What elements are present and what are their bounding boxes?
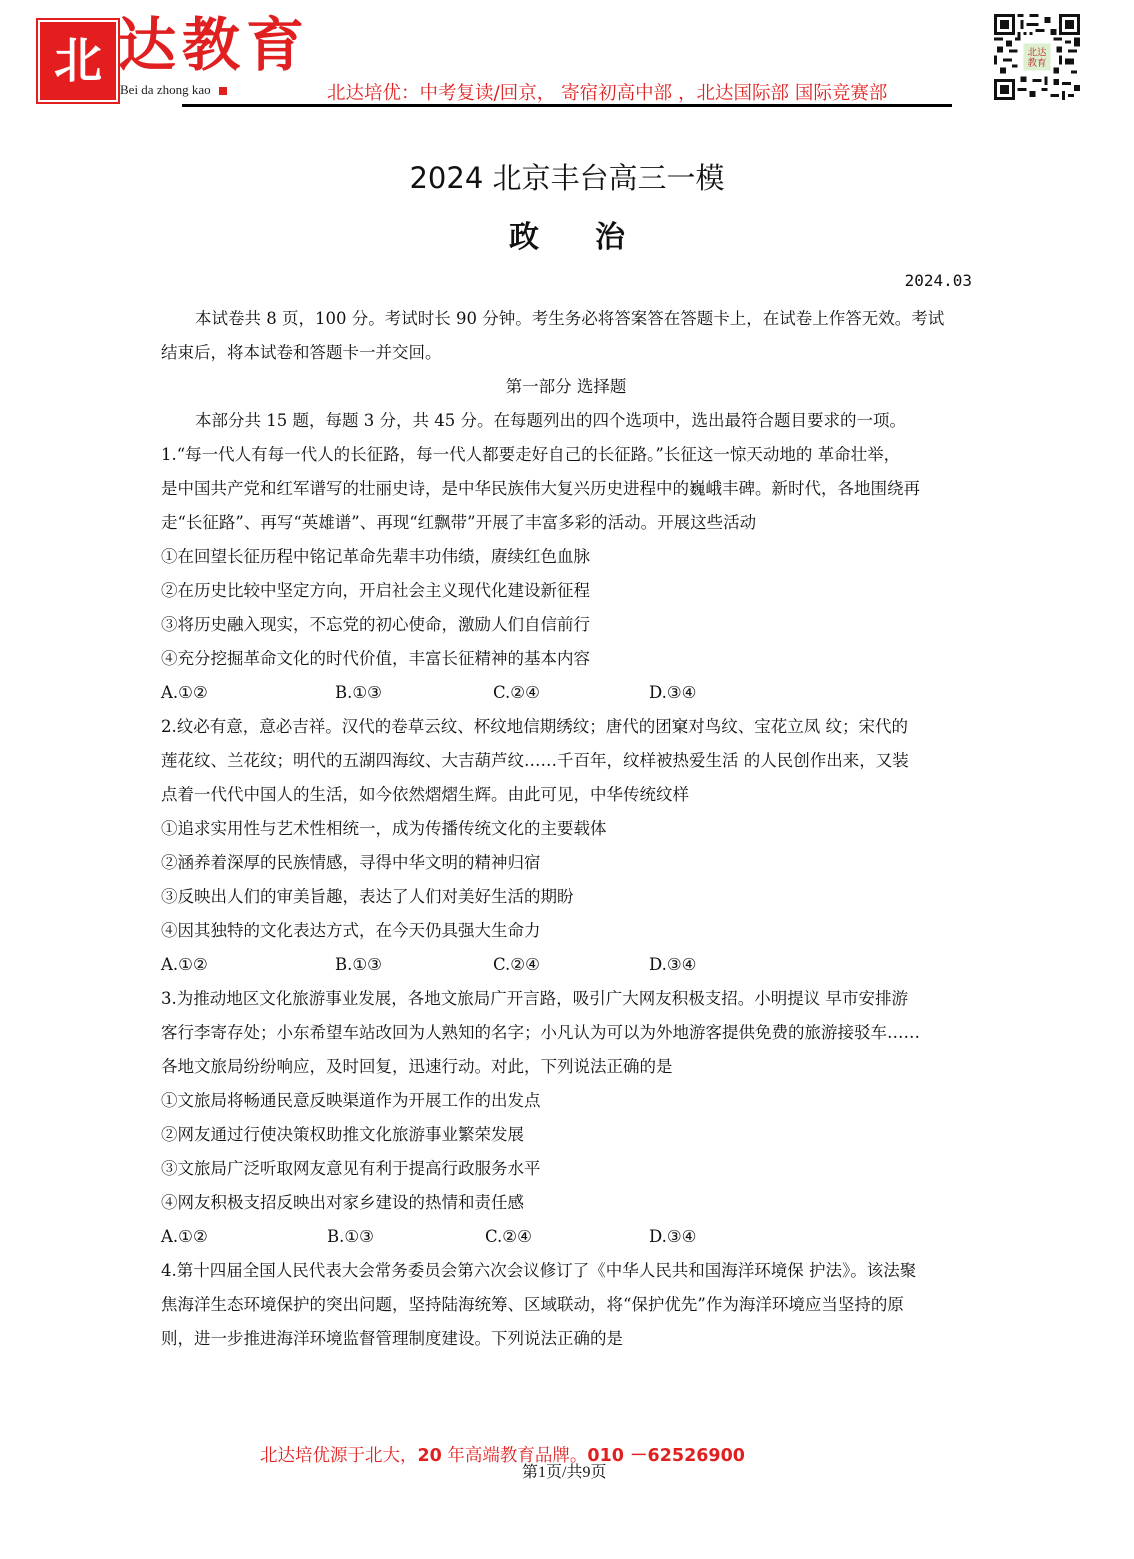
statement-2: ②网友通过行使决策权助推文化旅游事业繁荣发展 — [161, 1118, 971, 1152]
statement-3: ③文旅局广泛听取网友意见有利于提高行政服务水平 — [161, 1152, 971, 1186]
exam-date: 2024.03 — [905, 271, 972, 290]
statement-3: ③反映出人们的审美旨趣，表达了人们对美好生活的期盼 — [161, 880, 971, 914]
question-1: 1.“每一代人有每一代人的长征路，每一代人都要走好自己的长征路。”长征这一惊天动… — [161, 438, 971, 710]
option-c: C.②④ — [493, 948, 649, 982]
exam-content: 本试卷共 8 页，100 分。考试时长 90 分钟。考生务必将答案答在答题卡上，… — [161, 302, 971, 1356]
option-c: C.②④ — [485, 1220, 649, 1254]
question-stem-line: 莲花纹、兰花纹；明代的五湖四海纹、大吉葫芦纹……千百年，纹样被热爱生活 的人民创… — [161, 744, 971, 778]
question-2: 2.纹必有意，意必吉祥。汉代的卷草云纹、杯纹地信期绣纹；唐代的团窠对鸟纹、宝花立… — [161, 710, 971, 982]
logo-subtitle: Bei da zhong kao — [120, 82, 227, 98]
question-stem-line: 4.第十四届全国人民代表大会常务委员会第六次会议修订了《中华人民共和国海洋环境保… — [161, 1254, 971, 1288]
page-indicator: 第1页/共9页 — [522, 1459, 606, 1482]
qr-code: 北达 教育 — [994, 14, 1080, 100]
answer-options: A.①② B.①③ C.②④ D.③④ — [161, 1220, 971, 1254]
header-tagline: 北达培优：中考复读/回京， 寄宿初高中部 ，北达国际部 国际竞赛部 — [327, 79, 887, 105]
logo-subtitle-text: Bei da zhong kao — [120, 82, 211, 97]
footer-ad-phone: 010 －62526900 — [587, 1446, 745, 1466]
svg-text:北达: 北达 — [1028, 47, 1047, 59]
option-b: B.①③ — [327, 1220, 485, 1254]
logo-name: 达教育 — [118, 16, 310, 74]
question-stem-line: 焦海洋生态环境保护的突出问题，坚持陆海统筹、区域联动，将“保护优先”作为海洋环境… — [161, 1288, 971, 1322]
question-stem-line: 是中国共产党和红军谱写的壮丽史诗，是中华民族伟大复兴历史进程中的巍峨丰碑。新时代… — [161, 472, 971, 506]
logo-seal: 北 — [40, 22, 116, 100]
answer-options: A.①② B.①③ C.②④ D.③④ — [161, 676, 971, 710]
question-stem-line: 走“长征路”、再写“英雄谱”、再现“红飘带”开展了丰富多彩的活动。开展这些活动 — [161, 506, 971, 540]
footer-advertisement: 北达培优源于北大，20 年高端教育品牌。010 －62526900 — [260, 1442, 745, 1467]
statement-4: ④充分挖掘革命文化的时代价值，丰富长征精神的基本内容 — [161, 642, 971, 676]
exam-title: 2024 北京丰台高三一模 — [0, 156, 1134, 197]
logo-square-icon — [219, 87, 227, 95]
option-d: D.③④ — [649, 948, 696, 982]
qr-code-icon: 北达 教育 — [994, 14, 1080, 100]
instructions-line-1: 本试卷共 8 页，100 分。考试时长 90 分钟。考生务必将答案答在答题卡上，… — [161, 302, 971, 336]
statement-1: ①文旅局将畅通民意反映渠道作为开展工作的出发点 — [161, 1084, 971, 1118]
statement-1: ①在回望长征历程中铭记革命先辈丰功伟绩，赓续红色血脉 — [161, 540, 971, 574]
statement-1: ①追求实用性与艺术性相统一，成为传播传统文化的主要载体 — [161, 812, 971, 846]
question-stem-line: 3.为推动地区文化旅游事业发展，各地文旅局广开言路，吸引广大网友积极支招。小明提… — [161, 982, 971, 1016]
logo-seal-char: 北 — [54, 37, 102, 85]
option-c: C.②④ — [493, 676, 649, 710]
option-a: A.①② — [161, 1220, 327, 1254]
question-stem-line: 点着一代代中国人的生活，如今依然熠熠生辉。由此可见，中华传统纹样 — [161, 778, 971, 812]
question-3: 3.为推动地区文化旅游事业发展，各地文旅局广开言路，吸引广大网友积极支招。小明提… — [161, 982, 971, 1254]
exam-subject: 政治 — [0, 212, 1134, 256]
question-4: 4.第十四届全国人民代表大会常务委员会第六次会议修订了《中华人民共和国海洋环境保… — [161, 1254, 971, 1356]
footer-ad-text-1: 北达培优源于北大， — [260, 1446, 418, 1466]
question-stem-line: 1.“每一代人有每一代人的长征路，每一代人都要走好自己的长征路。”长征这一惊天动… — [161, 438, 971, 472]
question-stem-line: 客行李寄存处；小东希望车站改回为人熟知的名字；小凡认为可以为外地游客提供免费的旅… — [161, 1016, 971, 1050]
statement-3: ③将历史融入现实，不忘党的初心使命，激励人们自信前行 — [161, 608, 971, 642]
option-a: A.①② — [161, 676, 335, 710]
option-b: B.①③ — [335, 676, 493, 710]
statement-4: ④因其独特的文化表达方式，在今天仍具强大生命力 — [161, 914, 971, 948]
option-a: A.①② — [161, 948, 335, 982]
question-stem-line: 各地文旅局纷纷响应，及时回复，迅速行动。对此，下列说法正确的是 — [161, 1050, 971, 1084]
option-d: D.③④ — [649, 676, 696, 710]
option-d: D.③④ — [649, 1220, 696, 1254]
section-title: 第一部分 选择题 — [161, 370, 971, 404]
statement-2: ②涵养着深厚的民族情感，寻得中华文明的精神归宿 — [161, 846, 971, 880]
statement-4: ④网友积极支招反映出对家乡建设的热情和责任感 — [161, 1186, 971, 1220]
instructions-line-2: 结束后，将本试卷和答题卡一并交回。 — [161, 336, 971, 370]
statement-2: ②在历史比较中坚定方向，开启社会主义现代化建设新征程 — [161, 574, 971, 608]
option-b: B.①③ — [335, 948, 493, 982]
header-divider — [182, 104, 952, 107]
question-stem-line: 2.纹必有意，意必吉祥。汉代的卷草云纹、杯纹地信期绣纹；唐代的团窠对鸟纹、宝花立… — [161, 710, 971, 744]
answer-options: A.①② B.①③ C.②④ D.③④ — [161, 948, 971, 982]
section-description: 本部分共 15 题，每题 3 分，共 45 分。在每题列出的四个选项中，选出最符… — [161, 404, 971, 438]
question-stem-line: 则，进一步推进海洋环境监督管理制度建设。下列说法正确的是 — [161, 1322, 971, 1356]
svg-text:教育: 教育 — [1028, 57, 1047, 69]
footer-ad-years: 20 — [418, 1446, 442, 1466]
